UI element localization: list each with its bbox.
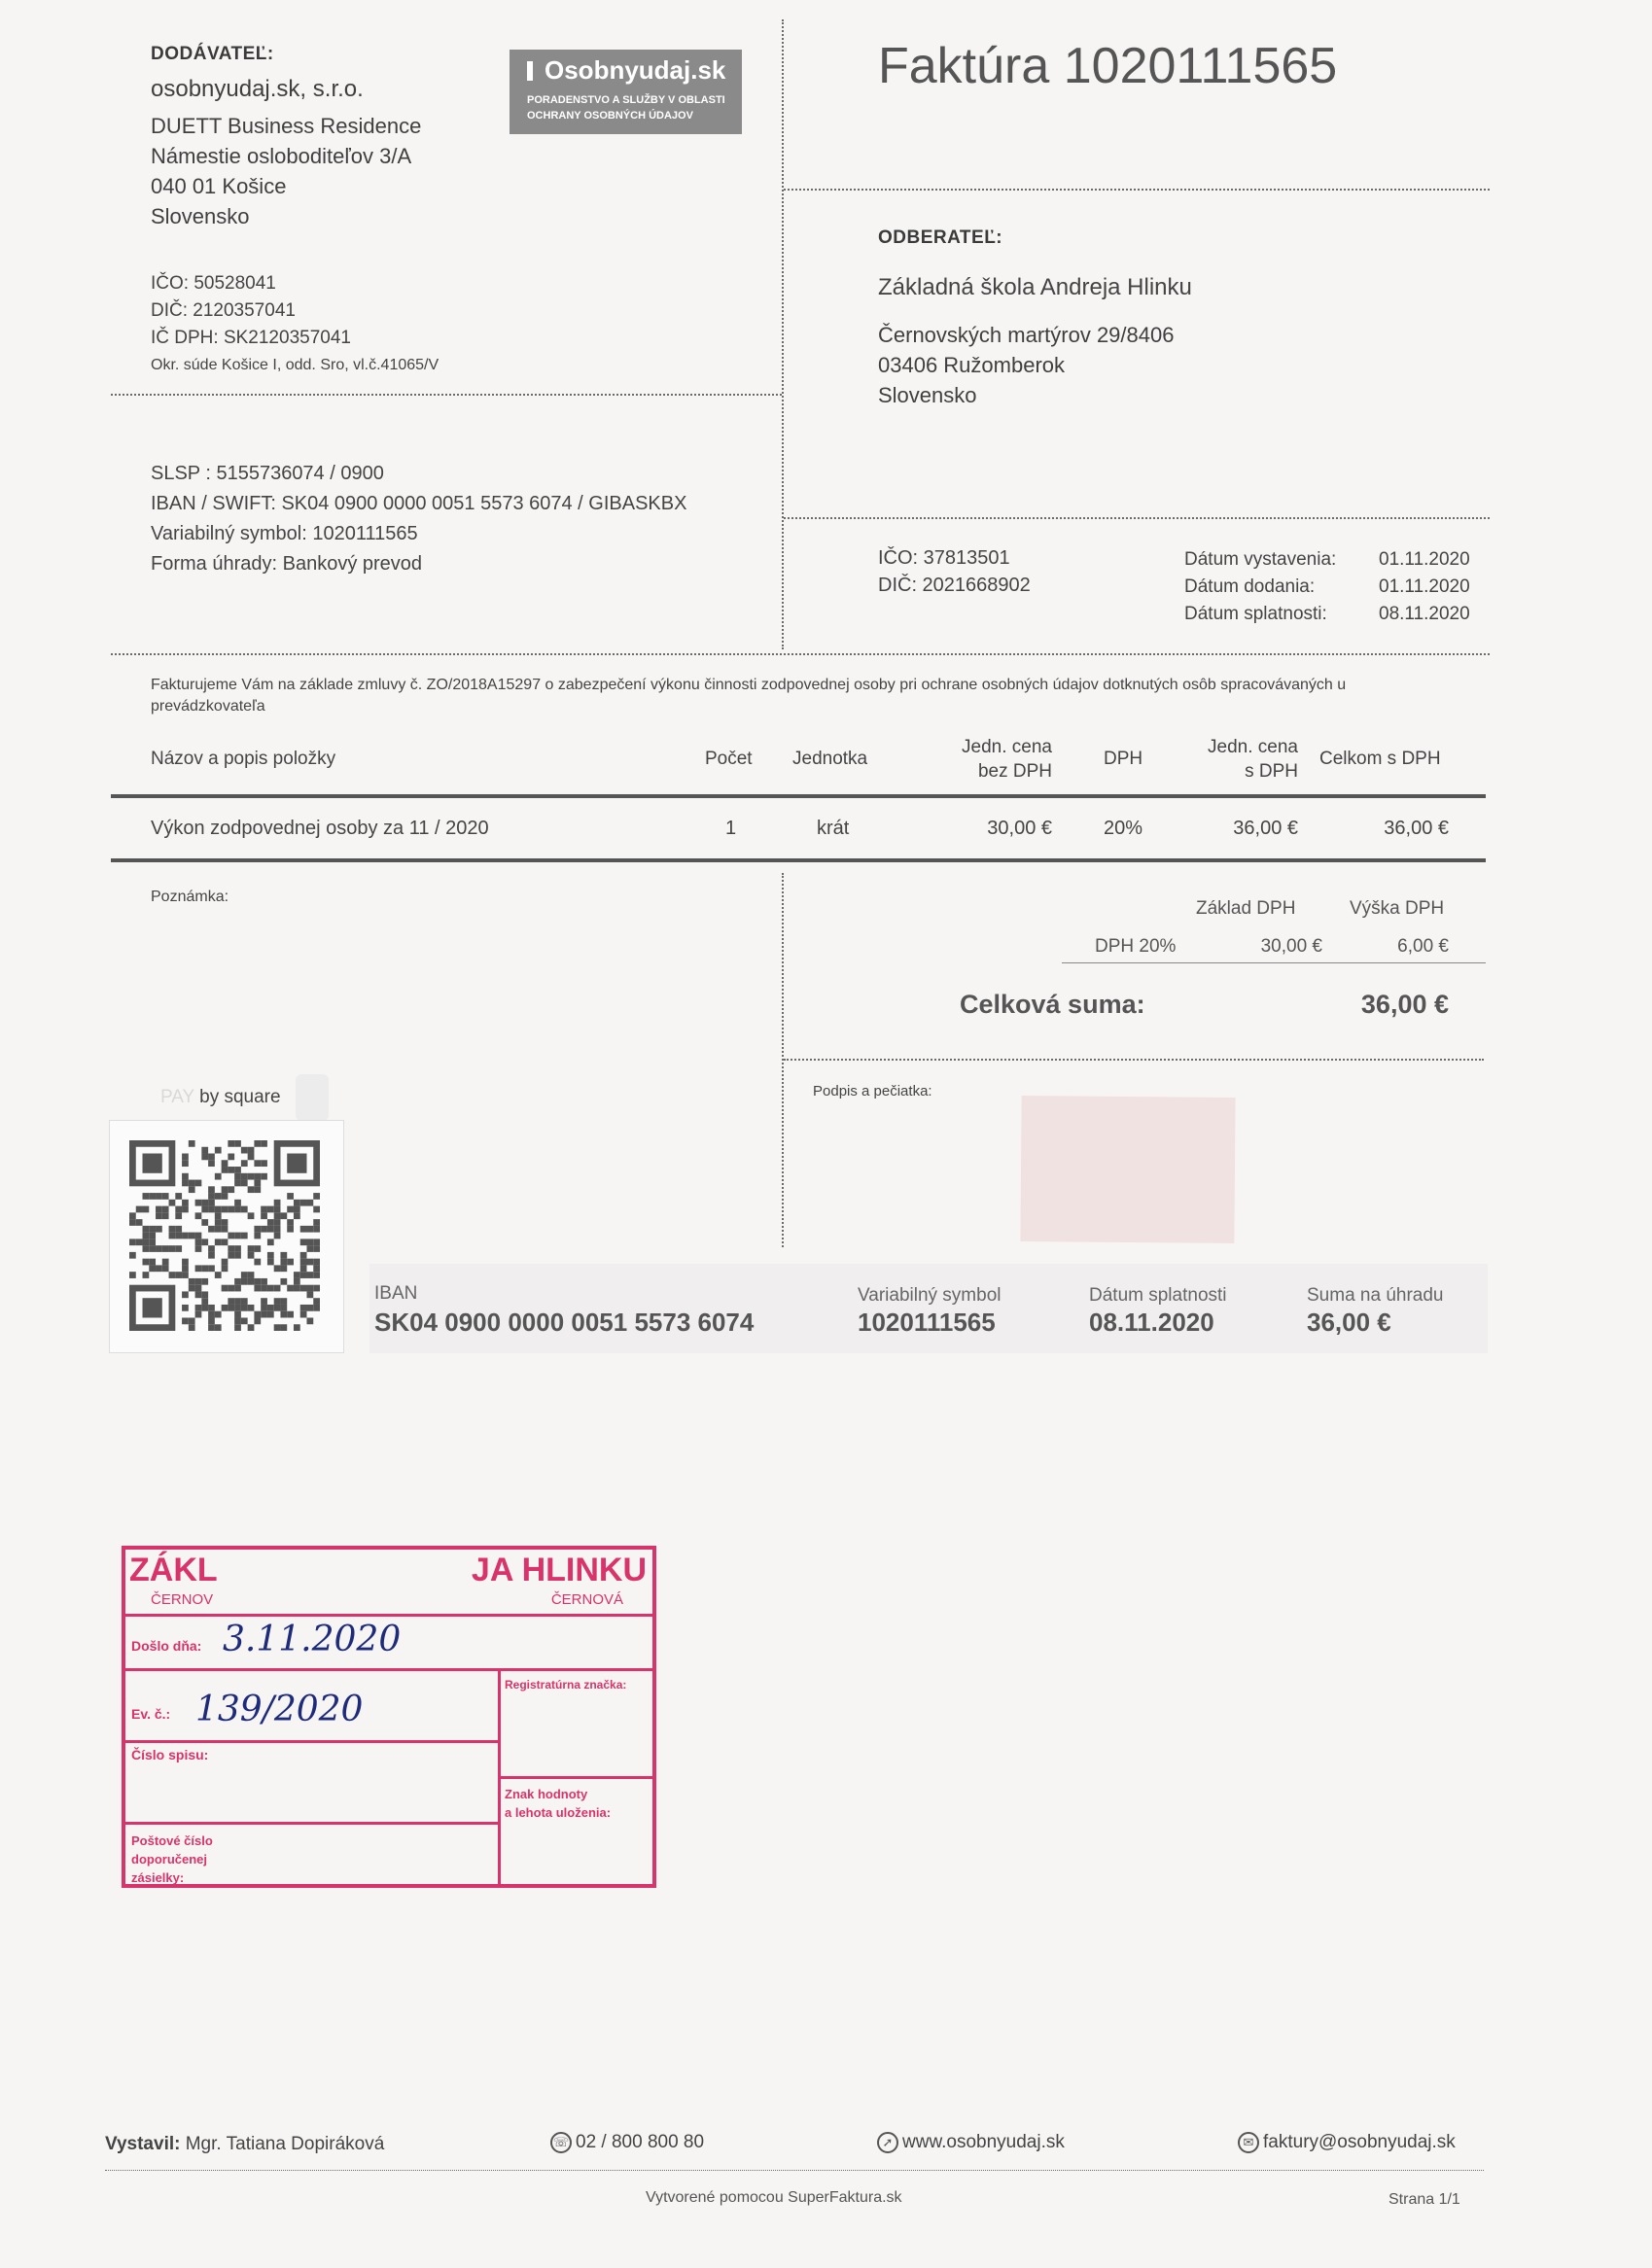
table-footer-rule [111,858,1486,862]
logo-tagline-line: OCHRANY OSOBNÝCH ÚDAJOV [527,108,725,123]
note-label: Poznámka: [151,889,228,906]
address-line: DUETT Business Residence [151,111,421,141]
registry-stamp: ZÁKL JA HLINKU ČERNOV ČERNOVÁ Došlo dňa:… [122,1546,656,1888]
stamp-line: zásielky: [131,1868,213,1887]
supplier-address: DUETT Business Residence Námestie oslobo… [151,111,421,231]
issued-label: Vystavil: [105,2134,180,2154]
divider [784,189,1490,191]
th-unit: Jednotka [792,747,867,771]
supplier-label: DODÁVATEĽ: [151,44,274,65]
customer-address: Černovských martýrov 29/8406 03406 Ružom… [878,320,1174,410]
customer-label: ODBERATEĽ: [878,227,1002,249]
divider [784,517,1490,519]
cell-vat: 20% [1104,818,1142,840]
page-number: Strana 1/1 [1388,2191,1460,2209]
phone-icon: ☏ [550,2132,572,2153]
vat-row-label: DPH 20% [1095,936,1176,958]
qr-code-icon [129,1140,320,1331]
strip-sum-label: Suma na úhradu [1307,1285,1444,1307]
stamp-registry-label: Registratúrna značka: [505,1676,626,1694]
pay-by-square-icon [296,1074,329,1121]
covered-stamp [1020,1096,1235,1243]
divider [111,653,1490,655]
column-divider [782,19,784,649]
strip-due-value: 08.11.2020 [1089,1308,1214,1338]
web-text: www.osobnyudaj.sk [902,2132,1065,2152]
date-label: Dátum dodania: [1184,574,1379,601]
th-total: Celkom s DPH [1319,747,1441,771]
cursor-icon: ➚ [877,2132,898,2153]
th-vat: DPH [1104,747,1142,771]
bank-iban-swift: IBAN / SWIFT: SK04 0900 0000 0051 5573 6… [151,489,686,519]
date-label: Dátum splatnosti: [1184,601,1379,628]
issued-name: Mgr. Tatiana Dopiráková [186,2134,385,2154]
created-with: Vytvorené pomocou SuperFaktura.sk [646,2189,902,2207]
stamp-line: Poštové číslo [131,1832,213,1850]
table-header-rule [111,794,1486,798]
th-name: Názov a popis položky [151,747,335,771]
date-row: Dátum vystavenia:01.11.2020 [1184,546,1470,574]
strip-vs-value: 1020111565 [858,1308,996,1338]
total-value: 36,00 € [1303,990,1449,1020]
bank-payment-method: Forma úhrady: Bankový prevod [151,549,686,579]
signature-label: Podpis a pečiatka: [813,1083,932,1099]
strip-iban-value: SK04 0900 0000 0051 5573 6074 [374,1308,754,1338]
company-logo: Osobnyudaj.sk PORADENSTVO A SLUŽBY V OBL… [510,50,742,134]
vat-row-base: 30,00 € [1196,936,1322,958]
cell-unit-price-vat: 36,00 € [1181,818,1298,840]
strip-sum-value: 36,00 € [1307,1308,1391,1338]
th-unit-price: Jedn. cena bez DPH [914,735,1052,784]
supplier-register: Okr. súde Košice I, odd. Sro, vl.č.41065… [151,352,439,379]
address-line: Černovských martýrov 29/8406 [878,320,1174,350]
stamp-postal-label: Poštové číslo doporučenej zásielky: [131,1832,213,1887]
pay-by-square-label: PAY by square [160,1087,281,1108]
stamp-reg-label: Ev. č.: [131,1705,170,1724]
th-line: bez DPH [914,759,1052,784]
customer-dic: DIČ: 2021668902 [878,572,1031,599]
address-line: 040 01 Košice [151,171,421,201]
customer-ids: IČO: 37813501 DIČ: 2021668902 [878,544,1031,599]
stamp-received-label: Došlo dňa: [131,1637,201,1656]
cell-unit: krát [817,818,849,840]
by-square-text: by square [199,1087,280,1107]
th-unit-price-vat: Jedn. cena s DPH [1167,735,1298,784]
issued-by: Vystavil: Mgr. Tatiana Dopiráková [105,2134,384,2155]
stamp-title-right: JA HLINKU [472,1552,647,1588]
th-qty: Počet [705,747,753,771]
invoice-dates: Dátum vystavenia:01.11.2020 Dátum dodani… [1184,546,1470,628]
phone-text: 02 / 800 800 80 [576,2132,704,2152]
th-line: s DPH [1167,759,1298,784]
stamp-file-label: Číslo spisu: [131,1746,208,1764]
strip-due-label: Dátum splatnosti [1089,1285,1227,1307]
divider [784,1059,1484,1061]
divider [111,394,782,396]
stamp-sub-right: ČERNOVÁ [551,1590,623,1609]
footer-phone[interactable]: ☏02 / 800 800 80 [550,2132,704,2153]
supplier-ico: IČO: 50528041 [151,270,439,297]
invoice-title: Faktúra 1020111565 [878,37,1337,95]
vat-row-amount: 6,00 € [1342,936,1449,958]
logo-tagline: PORADENSTVO A SLUŽBY V OBLASTI OCHRANY O… [527,92,725,123]
footer-email[interactable]: ✉faktury@osobnyudaj.sk [1238,2132,1456,2153]
date-value: 08.11.2020 [1379,604,1470,624]
intro-text: Fakturujeme Vám na základe zmluvy č. ZO/… [151,675,1415,717]
address-line: Slovensko [151,201,421,231]
bank-variable-symbol: Variabilný symbol: 1020111565 [151,519,686,549]
vat-header-base: Základ DPH [1196,898,1295,920]
bank-account: SLSP : 5155736074 / 0900 [151,459,686,489]
strip-vs-label: Variabilný symbol [858,1285,1001,1307]
cell-unit-price: 30,00 € [933,818,1052,840]
stamp-received-value: 3.11.2020 [223,1620,401,1659]
customer-ico: IČO: 37813501 [878,544,1031,572]
address-line: 03406 Ružomberok [878,350,1174,380]
stamp-line: Znak hodnoty [505,1785,611,1803]
stamp-value-label: Znak hodnoty a lehota uloženia: [505,1785,611,1822]
date-row: Dátum dodania:01.11.2020 [1184,574,1470,601]
address-line: Slovensko [878,380,1174,410]
supplier-ids: IČO: 50528041 DIČ: 2120357041 IČ DPH: SK… [151,270,439,379]
th-line: Jedn. cena [1167,735,1298,759]
date-value: 01.11.2020 [1379,549,1470,570]
pay-text: PAY [160,1087,194,1107]
total-label: Celková suma: [960,990,1145,1020]
stamp-title-left: ZÁKL [129,1552,218,1588]
vat-header-amount: Výška DPH [1350,898,1444,920]
footer-web[interactable]: ➚www.osobnyudaj.sk [877,2132,1065,2153]
stamp-reg-value: 139/2020 [195,1690,363,1729]
footer-divider [105,2170,1484,2171]
supplier-ic-dph: IČ DPH: SK2120357041 [151,325,439,352]
envelope-icon: ✉ [1238,2132,1259,2153]
logo-name: Osobnyudaj.sk [545,55,725,86]
date-label: Dátum vystavenia: [1184,546,1379,574]
email-text: faktury@osobnyudaj.sk [1263,2132,1456,2152]
date-value: 01.11.2020 [1379,576,1470,597]
customer-name: Základná škola Andreja Hlinku [878,274,1192,301]
cell-total: 36,00 € [1332,818,1449,840]
address-line: Námestie osloboditeľov 3/A [151,141,421,171]
qr-code-box [109,1120,344,1353]
cell-name: Výkon zodpovednej osoby za 11 / 2020 [151,818,489,840]
stamp-sub-left: ČERNOV [151,1590,213,1609]
logo-tagline-line: PORADENSTVO A SLUŽBY V OBLASTI [527,92,725,108]
supplier-name: osobnyudaj.sk, s.r.o. [151,76,364,103]
vat-rule [1062,962,1486,963]
stamp-line: doporučenej [131,1850,213,1868]
supplier-dic: DIČ: 2120357041 [151,297,439,325]
date-row: Dátum splatnosti:08.11.2020 [1184,601,1470,628]
strip-iban-label: IBAN [374,1283,417,1305]
cell-qty: 1 [725,818,736,840]
stamp-line: a lehota uloženia: [505,1803,611,1822]
logo-bars-icon [527,61,533,81]
th-line: Jedn. cena [914,735,1052,759]
bank-details: SLSP : 5155736074 / 0900 IBAN / SWIFT: S… [151,459,686,579]
